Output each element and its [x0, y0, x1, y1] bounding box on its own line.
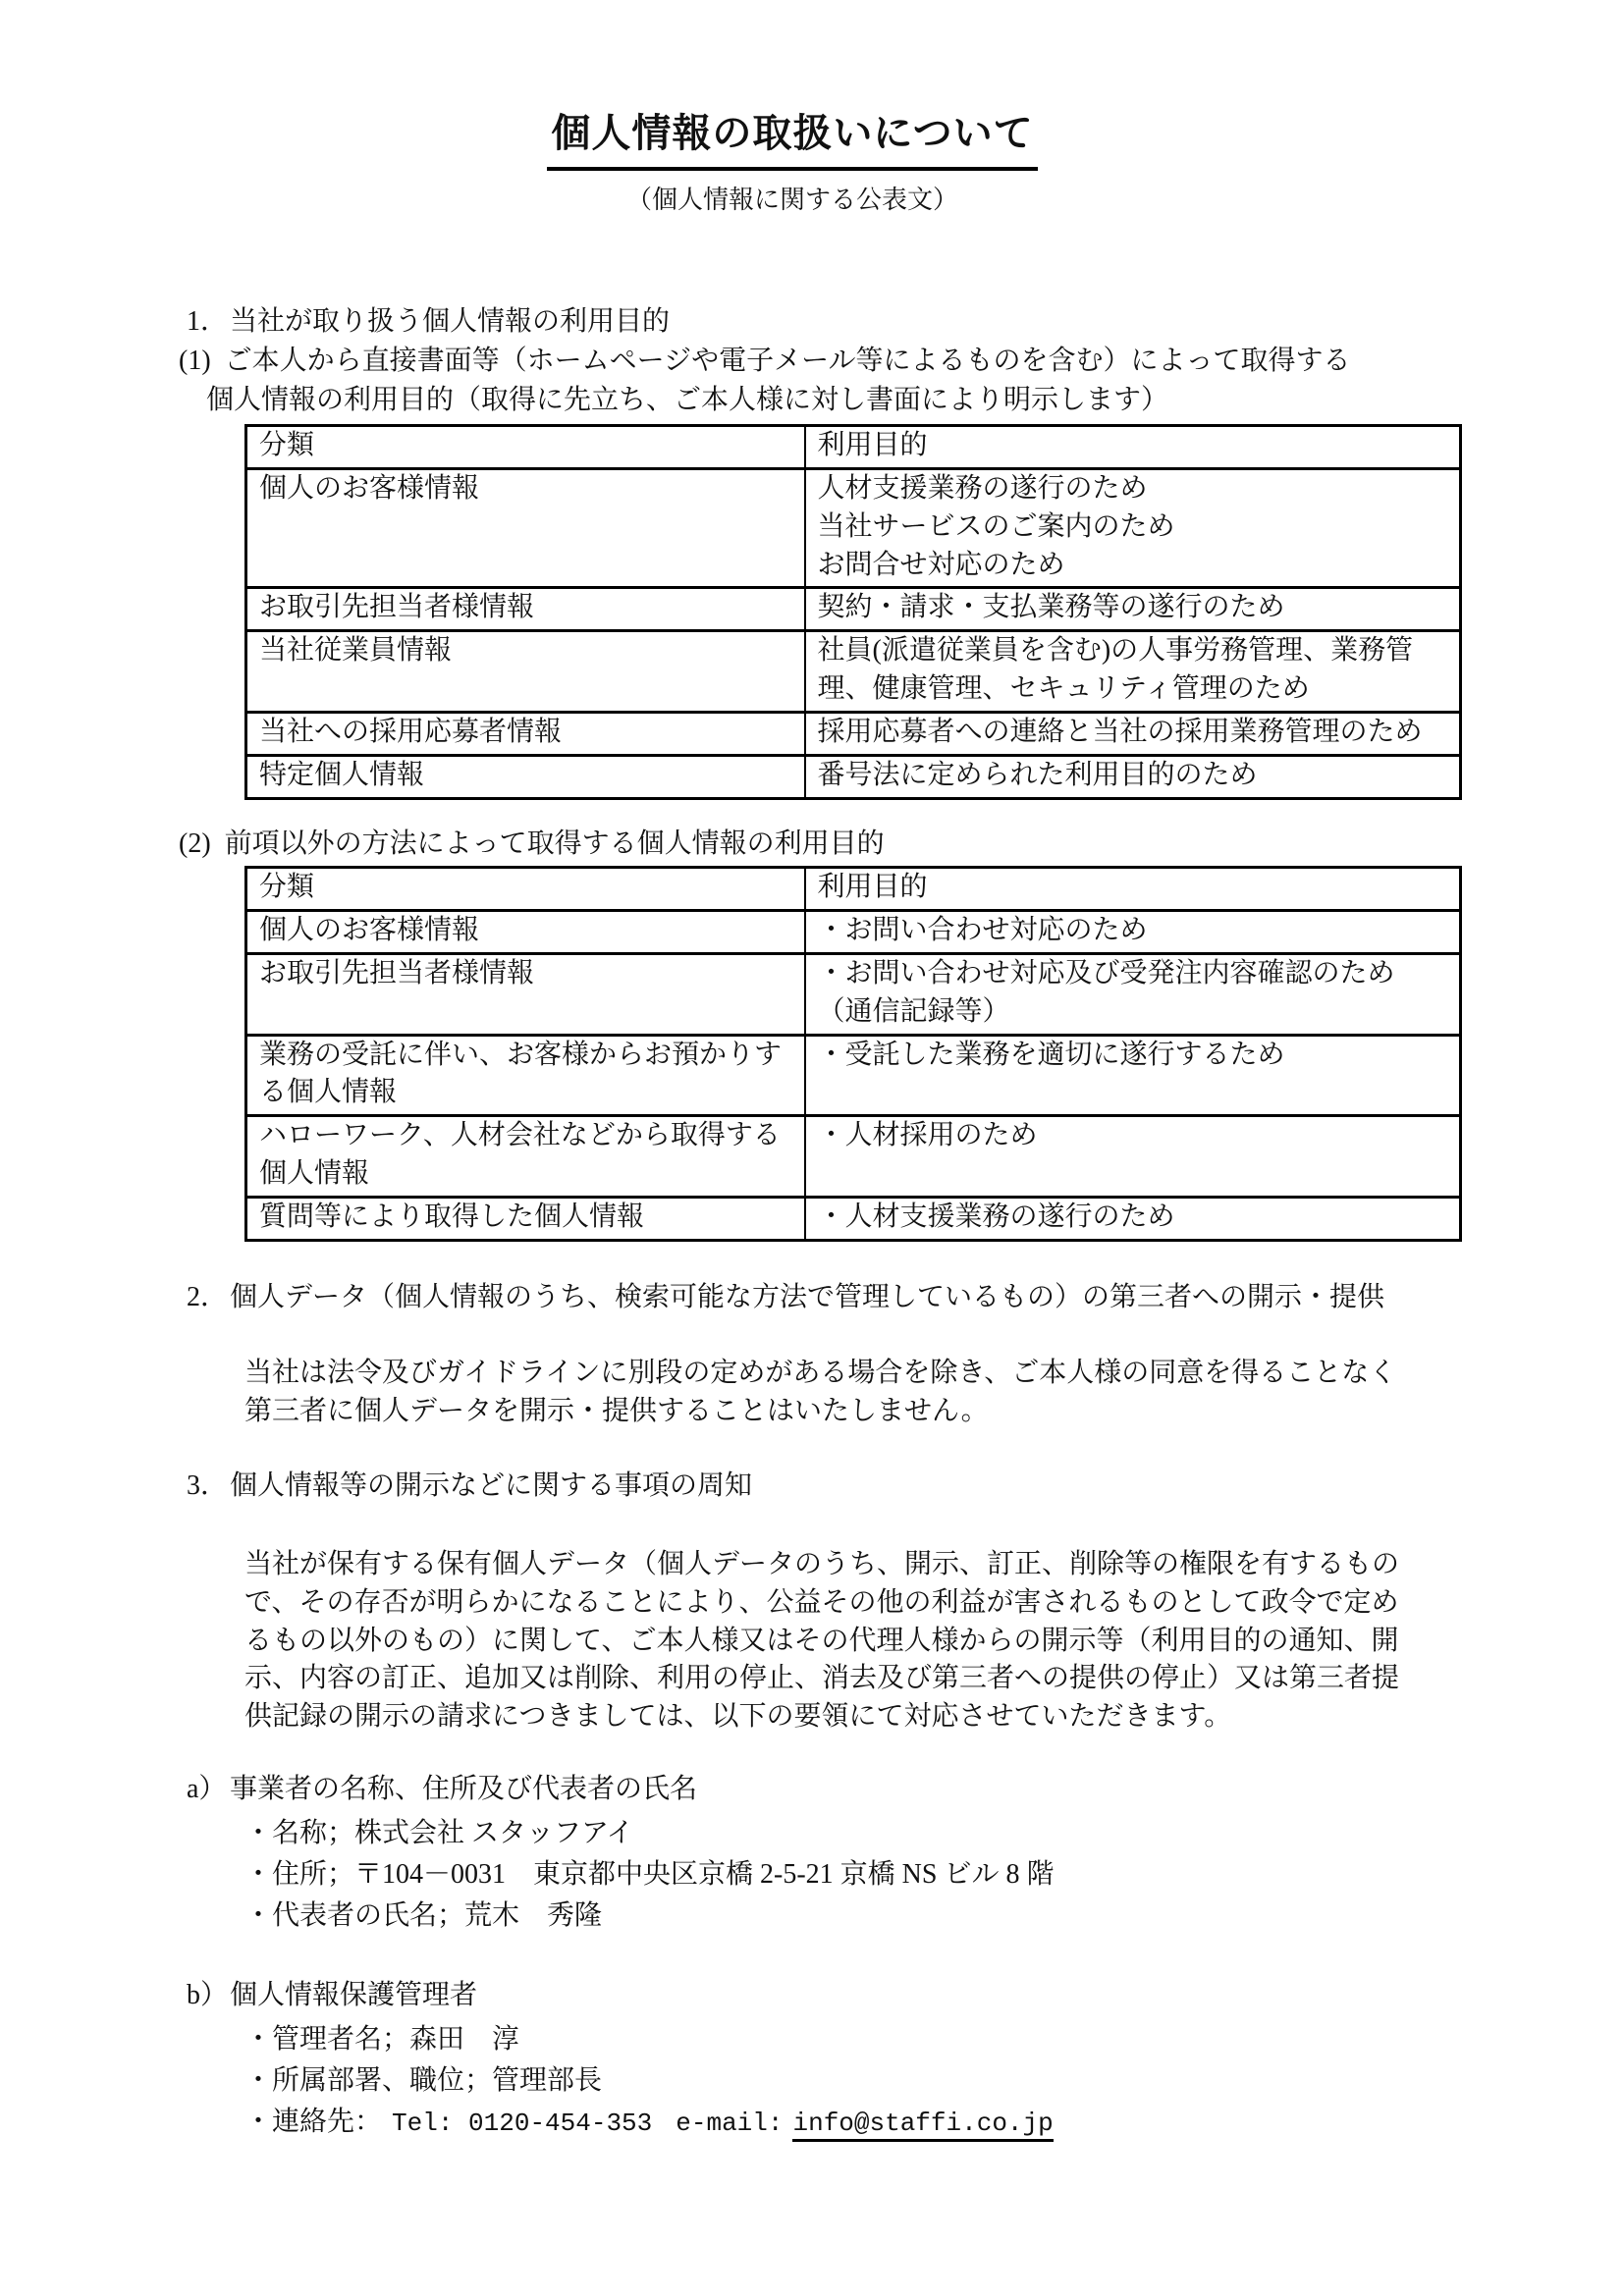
table-cell-line: ・受託した業務を適切に遂行するため	[818, 1037, 1445, 1075]
section-1-title: 当社が取り扱う個人情報の利用目的	[230, 306, 670, 337]
table-cell-line: 当社サービスのご案内のため	[818, 508, 1445, 547]
category-cell: ハローワーク、人材会社などから取得する個人情報	[246, 1116, 805, 1198]
department-position-item: ・所属部署、職位；管理部長	[244, 2060, 1506, 2102]
table-cell-line: ・お問い合わせ対応のため	[818, 912, 1445, 950]
item-2-text: 前項以外の方法によって取得する個人情報の利用目的	[225, 828, 885, 859]
table-row: 質問等により取得した個人情報 ・人材支援業務の遂行のため	[246, 1198, 1461, 1241]
table-cell-line: お取引先担当者様情報	[259, 589, 790, 627]
contact-label: ・連絡先：	[244, 2107, 382, 2137]
section-2-paragraph: 当社は法令及びガイドラインに別段の定めがある場合を除き、ご本人様の同意を得ること…	[244, 1355, 1413, 1431]
section-b-label: b）	[187, 1977, 230, 2015]
section-a-title: 事業者の名称、住所及び代表者の氏名	[230, 1774, 697, 1804]
representative-name-item: ・代表者の氏名；荒木 秀隆	[244, 1896, 1506, 1937]
category-cell: お取引先担当者様情報	[246, 953, 805, 1035]
table-cell-line: 個人のお客様情報	[259, 470, 790, 508]
section-b-heading: b）個人情報保護管理者	[187, 1977, 1506, 2015]
purpose-header-cell: 利用目的	[805, 867, 1461, 910]
document-page: 個人情報の取扱いについて （個人情報に関する公表文） 1．当社が取り扱う個人情報…	[0, 0, 1624, 2296]
category-cell: 業務の受託に伴い、お客様からお預かりする個人情報	[246, 1035, 805, 1116]
category-cell: 個人のお客様情報	[246, 468, 805, 588]
section-3-heading: 3．個人情報等の開示などに関する事項の周知	[187, 1468, 1506, 1506]
category-cell: 個人のお客様情報	[246, 910, 805, 953]
table-header-row: 分類 利用目的	[246, 867, 1461, 910]
section-a-items: ・名称；株式会社 スタッフアイ ・住所；〒104－0031 東京都中央区京橋 2…	[187, 1813, 1506, 1937]
section-a-heading: a）事業者の名称、住所及び代表者の氏名	[187, 1771, 1506, 1809]
table-cell-line: ハローワーク、人材会社などから取得する個人情報	[259, 1117, 790, 1194]
table-cell-line: ・人材支援業務の遂行のため	[818, 1199, 1445, 1237]
table-header-row: 分類 利用目的	[246, 425, 1461, 468]
purpose-cell: 社員(派遣従業員を含む)の人事労務管理、業務管理、健康管理、セキュリティ管理のた…	[805, 631, 1461, 713]
direct-acquisition-purpose-table: 分類 利用目的 個人のお客様情報 人材支援業務の遂行のため 当社サービスのご案内…	[244, 424, 1462, 800]
company-address-item: ・住所；〒104－0031 東京都中央区京橋 2-5-21 京橋 NS ビル 8…	[244, 1854, 1506, 1896]
table-cell-line: 契約・請求・支払業務等の遂行のため	[818, 589, 1445, 627]
category-cell: 当社従業員情報	[246, 631, 805, 713]
item-1-text: ご本人から直接書面等（ホームページや電子メール等によるものを含む）によって取得す…	[225, 346, 1351, 376]
table-cell-line: 業務の受託に伴い、お客様からお預かりする個人情報	[259, 1037, 790, 1113]
purpose-cell: ・人材採用のため	[805, 1116, 1461, 1198]
table-cell-line: ・人材採用のため	[818, 1117, 1445, 1155]
purpose-cell: 人材支援業務の遂行のため 当社サービスのご案内のため お問合せ対応のため	[805, 468, 1461, 588]
category-header-cell: 分類	[246, 867, 805, 910]
purpose-header-cell: 利用目的	[805, 425, 1461, 468]
table-cell-line: お取引先担当者様情報	[259, 955, 790, 993]
section-1-heading: 1．当社が取り扱う個人情報の利用目的	[187, 303, 1506, 342]
item-1-label: (1)	[179, 346, 211, 376]
section-2-number: 2．	[187, 1279, 230, 1317]
section-b-title: 個人情報保護管理者	[230, 1980, 477, 2010]
table-cell-line: お問合せ対応のため	[818, 547, 1445, 585]
item-1-text-continuation: 個人情報の利用目的（取得に先立ち、ご本人様に対し書面により明示します）	[206, 382, 1506, 420]
table-cell-line: 当社への採用応募者情報	[259, 714, 790, 752]
category-cell: お取引先担当者様情報	[246, 588, 805, 631]
company-name-item: ・名称；株式会社 スタッフアイ	[244, 1813, 1506, 1854]
section-3-number: 3．	[187, 1468, 230, 1506]
purpose-cell: ・お問い合わせ対応のため	[805, 910, 1461, 953]
table-row: 業務の受託に伴い、お客様からお預かりする個人情報 ・受託した業務を適切に遂行する…	[246, 1035, 1461, 1116]
table-cell-line: 人材支援業務の遂行のため	[818, 470, 1445, 508]
page-title: 個人情報の取扱いについて	[133, 110, 1452, 171]
table-cell-line: 当社従業員情報	[259, 632, 790, 670]
purpose-cell: 採用応募者への連絡と当社の採用業務管理のため	[805, 713, 1461, 756]
phone-number: Tel: 0120-454-353	[392, 2109, 652, 2138]
table-cell-line: ・お問い合わせ対応及び受発注内容確認のため	[818, 955, 1445, 993]
section-b-items: ・管理者名；森田 淳 ・所属部署、職位；管理部長 ・連絡先：Tel: 0120-…	[187, 2019, 1506, 2143]
table-cell-line: 採用応募者への連絡と当社の採用業務管理のため	[818, 714, 1445, 752]
table-cell-line: 個人のお客様情報	[259, 912, 790, 950]
table-cell-line: 特定個人情報	[259, 757, 790, 795]
section-1-item-2: (2)前項以外の方法によって取得する個人情報の利用目的	[179, 826, 1506, 864]
purpose-cell: 契約・請求・支払業務等の遂行のため	[805, 588, 1461, 631]
table-row: 個人のお客様情報 人材支援業務の遂行のため 当社サービスのご案内のため お問合せ…	[246, 468, 1461, 588]
contact-line: ・連絡先：Tel: 0120-454-353e-mail:info@staffi…	[244, 2102, 1506, 2143]
other-acquisition-purpose-table: 分類 利用目的 個人のお客様情報 ・お問い合わせ対応のため お取引先担当者様情報…	[244, 866, 1462, 1242]
purpose-cell: ・受託した業務を適切に遂行するため	[805, 1035, 1461, 1116]
table-row: ハローワーク、人材会社などから取得する個人情報 ・人材採用のため	[246, 1116, 1461, 1198]
table-cell-line: （通信記録等）	[818, 993, 1445, 1032]
purpose-cell: ・お問い合わせ対応及び受発注内容確認のため （通信記録等）	[805, 953, 1461, 1035]
purpose-cell: 番号法に定められた利用目的のため	[805, 756, 1461, 799]
section-3-paragraph: 当社が保有する保有個人データ（個人データのうち、開示、訂正、削除等の権限を有する…	[244, 1546, 1413, 1737]
table-row: お取引先担当者様情報 契約・請求・支払業務等の遂行のため	[246, 588, 1461, 631]
section-3-title: 個人情報等の開示などに関する事項の周知	[230, 1470, 752, 1501]
category-cell: 質問等により取得した個人情報	[246, 1198, 805, 1241]
page-subtitle: （個人情報に関する公表文）	[133, 183, 1452, 218]
section-2-heading: 2．個人データ（個人情報のうち、検索可能な方法で管理しているもの）の第三者への開…	[187, 1279, 1506, 1317]
section-1-number: 1．	[187, 303, 230, 342]
table-row: 特定個人情報 番号法に定められた利用目的のため	[246, 756, 1461, 799]
section-1-item-1: (1)ご本人から直接書面等（ホームページや電子メール等によるものを含む）によって…	[179, 343, 1506, 381]
manager-name-item: ・管理者名；森田 淳	[244, 2019, 1506, 2060]
category-cell: 特定個人情報	[246, 756, 805, 799]
table-row: 個人のお客様情報 ・お問い合わせ対応のため	[246, 910, 1461, 953]
table-row: お取引先担当者様情報 ・お問い合わせ対応及び受発注内容確認のため （通信記録等）	[246, 953, 1461, 1035]
email-label: e-mail:	[676, 2109, 783, 2138]
section-2-title: 個人データ（個人情報のうち、検索可能な方法で管理しているもの）の第三者への開示・…	[230, 1282, 1384, 1312]
item-2-label: (2)	[179, 828, 211, 859]
category-header-cell: 分類	[246, 425, 805, 468]
category-cell: 当社への採用応募者情報	[246, 713, 805, 756]
table-cell-line: 社員(派遣従業員を含む)の人事労務管理、業務管理、健康管理、セキュリティ管理のた…	[818, 632, 1445, 709]
table-row: 当社への採用応募者情報 採用応募者への連絡と当社の採用業務管理のため	[246, 713, 1461, 756]
table-row: 当社従業員情報 社員(派遣従業員を含む)の人事労務管理、業務管理、健康管理、セキ…	[246, 631, 1461, 713]
email-link[interactable]: info@staffi.co.jp	[792, 2109, 1053, 2142]
page-title-text: 個人情報の取扱いについて	[547, 110, 1037, 171]
table-cell-line: 番号法に定められた利用目的のため	[818, 757, 1445, 795]
table-cell-line: 質問等により取得した個人情報	[259, 1199, 790, 1237]
section-a-label: a）	[187, 1771, 230, 1809]
purpose-cell: ・人材支援業務の遂行のため	[805, 1198, 1461, 1241]
